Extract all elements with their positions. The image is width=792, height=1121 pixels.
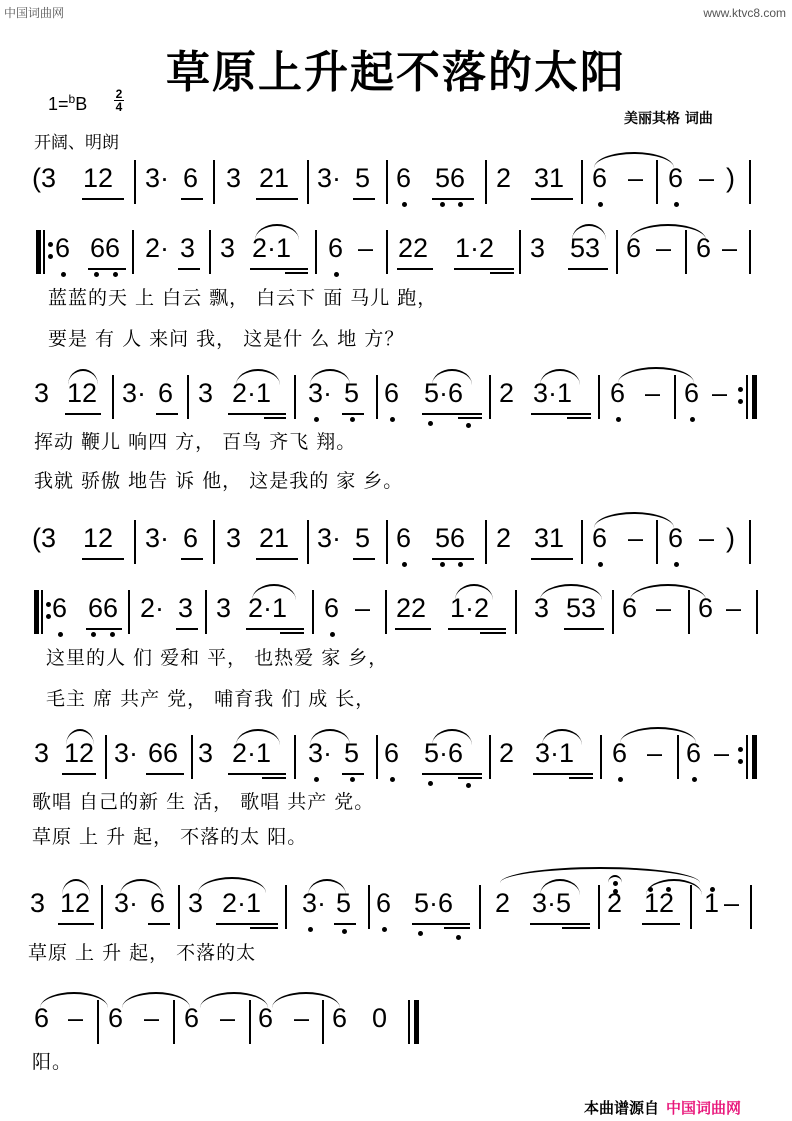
note: 6 [684, 375, 699, 411]
underline [181, 558, 203, 560]
note: 5 [336, 885, 351, 921]
key-signature: 1=bB [48, 92, 87, 115]
underline [250, 268, 308, 270]
underline [181, 198, 203, 200]
underline [422, 773, 482, 775]
barline [249, 1000, 251, 1044]
underline [490, 272, 514, 274]
dash: – [656, 230, 671, 266]
final-barline [414, 1000, 419, 1044]
score-system-3: 3 12 3· 6 3 2·1 3· 5 6 5·6 2 3·1 6 – 6 – [0, 375, 792, 415]
lyric-line-v1: 歌唱 自己的新 生 活， 歌唱 共产 党。 [32, 787, 374, 814]
dash: – [628, 160, 643, 196]
barline [674, 375, 676, 419]
score-system-7: 3 12 3· 6 3 2·1 3· 5 6 5·6 2 3·5 2 12 1 … [0, 885, 792, 925]
low-dot [334, 272, 339, 277]
score-system-4: (3 12 3· 6 3 21 3· 5 6 56 2 31 6 – 6 – ) [0, 520, 792, 560]
dash: – [144, 1000, 159, 1036]
source-site-link[interactable]: 中国词曲网 [666, 1097, 741, 1118]
note: 3 [188, 885, 203, 921]
note: 1·2 [455, 230, 494, 266]
note: 3·1 [535, 735, 574, 771]
note: 6 [686, 735, 701, 771]
lyric-line-v1: 这里的人 们 爱和 平， 也热爱 家 乡， [46, 643, 388, 670]
barline [408, 1000, 410, 1044]
barline [386, 230, 388, 274]
dash: – [358, 230, 373, 266]
barline [376, 375, 378, 419]
repeat-dot [46, 614, 51, 619]
low-dot [350, 417, 355, 422]
barline [322, 1000, 324, 1044]
underline [146, 773, 184, 775]
barline [307, 160, 309, 204]
low-dot [674, 562, 679, 567]
low-dot [350, 777, 355, 782]
barline [213, 160, 215, 204]
barline [749, 160, 751, 204]
low-dot [440, 202, 445, 207]
lyric-line-v2: 草原 上 升 起， 不落的太 阳。 [32, 822, 307, 849]
underline [342, 773, 364, 775]
low-dot [458, 562, 463, 567]
low-dot [458, 202, 463, 207]
note: 56 [435, 520, 465, 556]
note: 6 [668, 160, 683, 196]
note: 3· [317, 160, 341, 196]
note: 3 [220, 230, 235, 266]
note: 5·6 [424, 735, 463, 771]
credit: 美丽其格 词曲 [624, 108, 713, 128]
barline [688, 590, 690, 634]
underline [58, 923, 94, 925]
lyric-line-v1: 阳。 [32, 1047, 72, 1074]
barline [97, 1000, 99, 1044]
low-dot [466, 783, 471, 788]
lyric-line-v1: 蓝蓝的天 上 白云 飘， 白云下 面 马儿 跑， [48, 283, 437, 310]
note: 6 [183, 520, 198, 556]
dash: – [656, 590, 671, 626]
low-dot [428, 781, 433, 786]
dash: – [355, 590, 370, 626]
note: 3 [30, 885, 45, 921]
barline [105, 735, 107, 779]
note: (3 [32, 160, 56, 196]
barline [598, 885, 600, 929]
note: 22 [396, 590, 426, 626]
underline [533, 773, 593, 775]
low-dot [342, 929, 347, 934]
underline [264, 417, 286, 419]
low-dot [428, 421, 433, 426]
barline [612, 590, 614, 634]
note: 6 [668, 520, 683, 556]
underline [228, 413, 286, 415]
note: 3 [34, 375, 49, 411]
underline [564, 628, 604, 630]
note: 3· [308, 735, 332, 771]
barline [581, 520, 583, 564]
underline [569, 777, 593, 779]
note: 2·1 [232, 375, 271, 411]
repeat-end [752, 735, 757, 779]
note: 3· [302, 885, 326, 921]
note: 5·6 [424, 375, 463, 411]
note: 2 [496, 160, 511, 196]
note: 3· [114, 885, 138, 921]
score-system-1: (3 12 3· 6 3 21 3· 5 6 56 2 31 6 – 6 – ) [0, 160, 792, 200]
note: 3· [145, 160, 169, 196]
dash: – [714, 735, 729, 771]
barline [187, 375, 189, 419]
barline [485, 160, 487, 204]
underline [432, 558, 474, 560]
underline [65, 413, 101, 415]
barline [519, 230, 521, 274]
note: 6 [612, 735, 627, 771]
note: 12 [60, 885, 90, 921]
low-dot [418, 931, 423, 936]
note: 3· [317, 520, 341, 556]
note: 6 [626, 230, 641, 266]
note: 6 [332, 1000, 347, 1036]
underline [531, 558, 573, 560]
lyric-line-v2: 我就 骄傲 地告 诉 他， 这是我的 家 乡。 [34, 466, 403, 493]
score-system-5: 6 66 2· 3 3 2·1 6 – 22 1·2 3 53 6 – 6 – [0, 590, 792, 630]
note: 2·1 [222, 885, 261, 921]
underline [256, 558, 298, 560]
paren: ) [726, 160, 735, 196]
paren: ) [726, 520, 735, 556]
note: 6 [610, 375, 625, 411]
underline [531, 413, 591, 415]
underline [256, 198, 298, 200]
note: 6 [324, 590, 339, 626]
note: 3· [145, 520, 169, 556]
barline [178, 885, 180, 929]
note: 2 [499, 735, 514, 771]
underline [86, 628, 122, 630]
note: 6 [698, 590, 713, 626]
note: 53 [570, 230, 600, 266]
note: 3 [178, 590, 193, 626]
underline [228, 773, 286, 775]
repeat-dot [46, 602, 51, 607]
repeat-dot [48, 254, 53, 259]
note: 3 [34, 735, 49, 771]
dash: – [645, 375, 660, 411]
underline [353, 558, 375, 560]
low-dot [113, 272, 118, 277]
barline [132, 230, 134, 274]
repeat-dot [738, 387, 743, 392]
lyric-line-v1: 挥动 鞭儿 响四 方， 百鸟 齐飞 翔。 [34, 427, 356, 454]
underline [432, 198, 474, 200]
underline [156, 413, 178, 415]
barline [101, 885, 103, 929]
note: (3 [32, 520, 56, 556]
low-dot [91, 632, 96, 637]
note: 6 [592, 520, 607, 556]
underline [454, 268, 514, 270]
note: 31 [534, 520, 564, 556]
note: 2·1 [252, 230, 291, 266]
score-system-6: 3 12 3· 66 3 2·1 3· 5 6 5·6 2 3·1 6 – 6 … [0, 735, 792, 775]
low-dot [598, 562, 603, 567]
low-dot [390, 417, 395, 422]
underline [642, 923, 680, 925]
underline [88, 268, 126, 270]
barline [485, 520, 487, 564]
note: 3 [180, 230, 195, 266]
barline [489, 735, 491, 779]
barline [112, 375, 114, 419]
low-dot [308, 927, 313, 932]
underline [444, 927, 470, 929]
high-dot [666, 887, 671, 892]
low-dot [330, 632, 335, 637]
note: 6 [592, 160, 607, 196]
note: 3·5 [532, 885, 571, 921]
high-dot [613, 889, 618, 894]
underline [246, 628, 304, 630]
watermark-right: www.ktvc8.com [703, 6, 786, 20]
low-dot [616, 417, 621, 422]
barline [600, 735, 602, 779]
note: 6 [158, 375, 173, 411]
underline [458, 417, 482, 419]
dash: – [724, 885, 739, 921]
barline [134, 160, 136, 204]
low-dot [690, 417, 695, 422]
time-signature: 2 4 [114, 88, 124, 113]
barline [598, 375, 600, 419]
dash: – [68, 1000, 83, 1036]
underline [262, 777, 286, 779]
low-dot [94, 272, 99, 277]
repeat-dot [738, 399, 743, 404]
note: 6 [52, 590, 67, 626]
underline [342, 413, 364, 415]
underline [530, 923, 590, 925]
note: 6 [55, 230, 70, 266]
dash: – [294, 1000, 309, 1036]
note: 6 [396, 160, 411, 196]
key-label: 1= [48, 94, 69, 114]
barline [756, 590, 758, 634]
low-dot [110, 632, 115, 637]
underline [567, 417, 591, 419]
low-dot [440, 562, 445, 567]
underline [395, 628, 431, 630]
note: 3 [226, 520, 241, 556]
underline [82, 558, 124, 560]
barline [746, 735, 748, 779]
note: 5 [344, 375, 359, 411]
low-dot [58, 632, 63, 637]
note: 3 [530, 230, 545, 266]
low-dot [390, 777, 395, 782]
note: 3·1 [533, 375, 572, 411]
barline [489, 375, 491, 419]
dash: – [220, 1000, 235, 1036]
lyric-line-v2: 毛主 席 共产 党， 哺育我 们 成 长， [46, 684, 375, 711]
barline [479, 885, 481, 929]
barline [746, 375, 748, 419]
note: 5 [355, 160, 370, 196]
underline [62, 773, 96, 775]
underline [216, 923, 278, 925]
note: 12 [64, 735, 94, 771]
underline [82, 198, 124, 200]
note: 53 [566, 590, 596, 626]
underline [178, 268, 200, 270]
low-dot [402, 202, 407, 207]
repeat-dot [48, 242, 53, 247]
note: 3 [216, 590, 231, 626]
barline [368, 885, 370, 929]
barline [307, 520, 309, 564]
barline [134, 520, 136, 564]
note: 66 [90, 230, 120, 266]
barline [385, 590, 387, 634]
note: 22 [398, 230, 428, 266]
high-dot [648, 887, 653, 892]
low-dot [692, 777, 697, 782]
low-dot [382, 927, 387, 932]
high-dot [710, 887, 715, 892]
barline [205, 590, 207, 634]
barline [515, 590, 517, 634]
note: 2· [145, 230, 169, 266]
note: 3 [534, 590, 549, 626]
note: 12 [83, 160, 113, 196]
barline [209, 230, 211, 274]
underline [250, 927, 278, 929]
note: 6 [34, 1000, 49, 1036]
note: 5 [355, 520, 370, 556]
note: 3· [114, 735, 138, 771]
note: 6 [622, 590, 637, 626]
low-dot [61, 272, 66, 277]
note: 3· [308, 375, 332, 411]
barline [41, 590, 43, 634]
underline [334, 923, 356, 925]
barline [386, 160, 388, 204]
underline [285, 272, 308, 274]
high-dot [613, 881, 618, 886]
note: 6 [696, 230, 711, 266]
barline [376, 735, 378, 779]
note: 2· [140, 590, 164, 626]
barline [690, 885, 692, 929]
rest: 0 [372, 1000, 387, 1036]
note: 56 [435, 160, 465, 196]
note: 2·1 [248, 590, 287, 626]
barline [128, 590, 130, 634]
barline [656, 160, 658, 204]
source-label: 本曲谱源自 [584, 1097, 659, 1118]
barline [749, 230, 751, 274]
barline [750, 885, 752, 929]
low-dot [402, 562, 407, 567]
lyric-line-v1: 草原 上 升 起， 不落的太 [28, 938, 256, 965]
key-note: B [75, 94, 87, 114]
underline [448, 628, 506, 630]
note: 12 [83, 520, 113, 556]
note: 6 [184, 1000, 199, 1036]
barline [43, 230, 45, 274]
underline [148, 923, 170, 925]
underline [480, 632, 506, 634]
note: 6 [328, 230, 343, 266]
note: 1·2 [450, 590, 489, 626]
dash: – [726, 590, 741, 626]
score-system-8: 6 – 6 – 6 – 6 – 6 0 [0, 1000, 792, 1040]
note: 6 [384, 375, 399, 411]
note: 3· [122, 375, 146, 411]
repeat-dot [738, 759, 743, 764]
note: 66 [148, 735, 178, 771]
repeat-end [752, 375, 757, 419]
note: 2 [499, 375, 514, 411]
underline [280, 632, 304, 634]
dash: – [628, 520, 643, 556]
low-dot [456, 935, 461, 940]
note: 5 [344, 735, 359, 771]
note: 12 [67, 375, 97, 411]
low-dot [618, 777, 623, 782]
barline [294, 375, 296, 419]
barline [386, 520, 388, 564]
barline [677, 735, 679, 779]
barline [581, 160, 583, 204]
note: 6 [258, 1000, 273, 1036]
note: 6 [384, 735, 399, 771]
note: 31 [534, 160, 564, 196]
barline [656, 520, 658, 564]
low-dot [314, 417, 319, 422]
repeat-dot [738, 747, 743, 752]
barline [191, 735, 193, 779]
note: 21 [259, 520, 289, 556]
barline [315, 230, 317, 274]
watermark-left: 中国词曲网 [4, 4, 64, 21]
note: 6 [150, 885, 165, 921]
note: 66 [88, 590, 118, 626]
underline [458, 777, 482, 779]
underline [397, 268, 433, 270]
barline [285, 885, 287, 929]
note: 6 [376, 885, 391, 921]
barline [749, 520, 751, 564]
underline [422, 413, 482, 415]
barline [294, 735, 296, 779]
barline [312, 590, 314, 634]
low-dot [314, 777, 319, 782]
note: 2 [496, 520, 511, 556]
barline [213, 520, 215, 564]
note: 2·1 [232, 735, 271, 771]
note: 3 [226, 160, 241, 196]
note: 5·6 [414, 885, 453, 921]
low-dot [598, 202, 603, 207]
note: 21 [259, 160, 289, 196]
dash: – [722, 230, 737, 266]
tempo-marking: 开阔、明朗 [34, 128, 119, 153]
score-system-2: 6 66 2· 3 3 2·1 6 – 22 1·2 3 53 6 – 6 – [0, 230, 792, 270]
low-dot [674, 202, 679, 207]
